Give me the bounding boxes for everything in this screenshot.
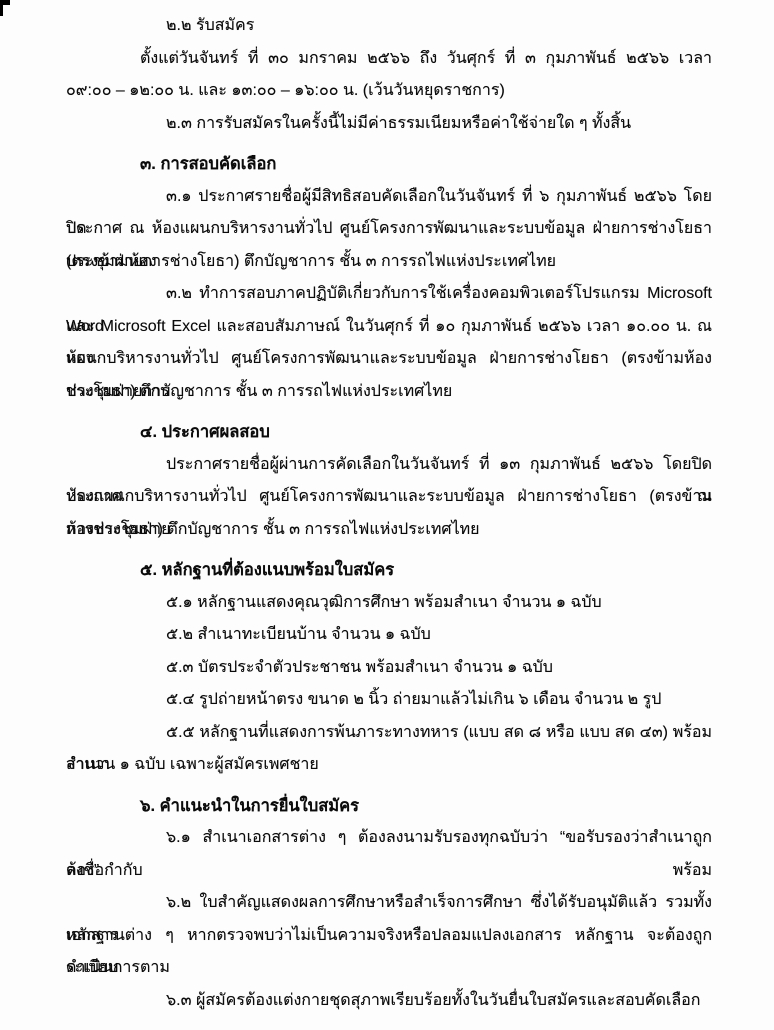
- document-line: ๒.๓ การรับสมัครในครั้งนี้ไม่มีค่าธรรมเนี…: [66, 108, 712, 141]
- document-line: ๐๙:๐๐ – ๑๒:๐๐ น. และ ๑๓:๐๐ – ๑๖:๐๐ น. (เ…: [66, 75, 712, 108]
- document-line: ๓.๒ ทำการสอบภาคปฏิบัติเกี่ยวกับการใช้เคร…: [66, 278, 712, 311]
- section-heading: ๕. หลักฐานที่ต้องแนบพร้อมใบสมัคร: [66, 554, 712, 587]
- document-page: ๒.๒ รับสมัครตั้งแต่วันจันทร์ ที่ ๓๐ มกรา…: [0, 0, 774, 1030]
- document-line: ประชุมฝ่ายการช่างโยธา) ตึกบัญชาการ ชั้น …: [66, 246, 712, 279]
- section-heading: ๖. คำแนะนำในการยื่นใบสมัคร: [66, 790, 712, 823]
- document-line: ๓.๑ ประกาศรายชื่อผู้มีสิทธิสอบคัดเลือกใน…: [66, 181, 712, 214]
- scan-artifact-mark: [0, 0, 3, 16]
- document-line: ประกาศ ณ ห้องแผนกบริหารงานทั่วไป ศูนย์โค…: [66, 213, 712, 246]
- document-line: ประกาศรายชื่อผู้ผ่านการคัดเลือกในวันจันท…: [66, 449, 712, 482]
- document-line: ๖.๑ สำเนาเอกสารต่าง ๆ ต้องลงนามรับรองทุก…: [66, 822, 712, 855]
- document-line: การช่างโยธา) ตึกบัญชาการ ชั้น ๓ การรถไฟแ…: [66, 514, 712, 547]
- document-line: ตั้งแต่วันจันทร์ ที่ ๓๐ มกราคม ๒๕๖๖ ถึง …: [66, 43, 712, 76]
- document-line: ๒.๒ รับสมัคร: [66, 10, 712, 43]
- document-line: ๕.๑ หลักฐานแสดงคุณวุฒิการศึกษา พร้อมสำเน…: [66, 587, 712, 620]
- document-line: ๕.๔ รูปถ่ายหน้าตรง ขนาด ๒ นิ้ว ถ่ายมาแล้…: [66, 684, 712, 717]
- document-body: ๒.๒ รับสมัครตั้งแต่วันจันทร์ ที่ ๓๐ มกรา…: [66, 10, 712, 1017]
- document-line: หลักฐานต่าง ๆ หากตรวจพบว่าไม่เป็นความจริ…: [66, 920, 712, 953]
- section-heading: ๓. การสอบคัดเลือก: [66, 148, 712, 181]
- document-line: และ Microsoft Excel และสอบสัมภาษณ์ ในวัน…: [66, 311, 712, 344]
- document-line: ๖.๓ ผู้สมัครต้องแต่งกายชุดสุภาพเรียบร้อย…: [66, 985, 712, 1018]
- document-line: ห้องแผนกบริหารงานทั่วไป ศูนย์โครงการพัฒน…: [66, 481, 712, 514]
- document-line: ช่างโยธา) ตึกบัญชาการ ชั้น ๓ การรถไฟแห่ง…: [66, 376, 712, 409]
- document-line: ๕.๕ หลักฐานที่แสดงการพ้นภาระทางทหาร (แบบ…: [66, 717, 712, 750]
- section-heading: ๔. ประกาศผลสอบ: [66, 416, 712, 449]
- document-line: แผนกบริหารงานทั่วไป ศูนย์โครงการพัฒนาและ…: [66, 343, 712, 376]
- document-line: ๕.๓ บัตรประจำตัวประชาชน พร้อมสำเนา จำนวน…: [66, 652, 712, 685]
- document-line: ๖.๒ ใบสำคัญแสดงผลการศึกษาหรือสำเร็จการศึ…: [66, 887, 712, 920]
- document-line: จำนวน ๑ ฉบับ เฉพาะผู้สมัครเพศชาย: [66, 749, 712, 782]
- document-line: ๕.๒ สำเนาทะเบียนบ้าน จำนวน ๑ ฉบับ: [66, 619, 712, 652]
